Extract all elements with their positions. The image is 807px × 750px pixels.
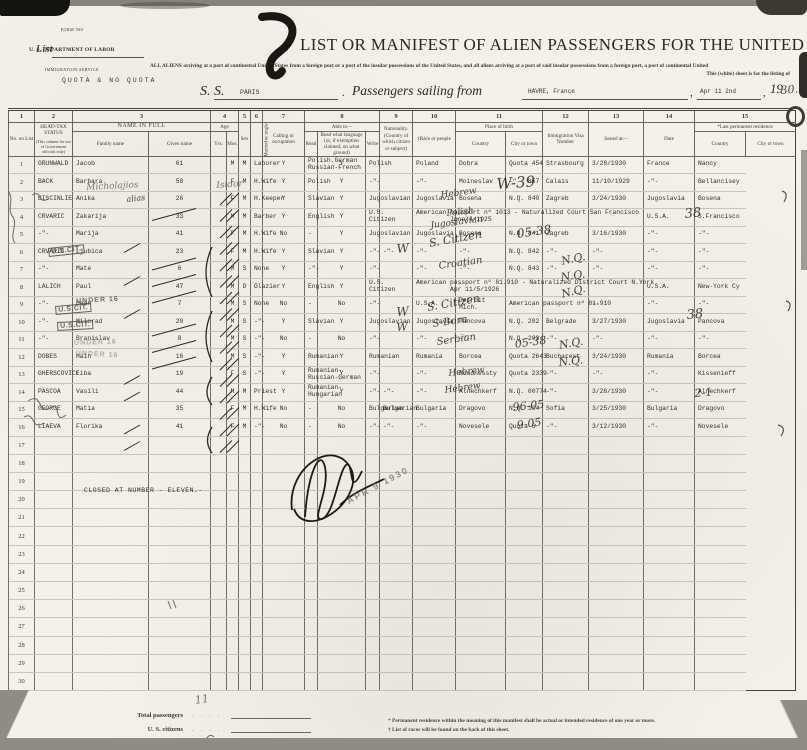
cell-date — [589, 436, 644, 454]
cell-no: 3 — [9, 191, 35, 209]
cell-rco: -"- — [644, 419, 695, 437]
col-date: Date — [644, 123, 695, 157]
cell-race — [380, 563, 413, 581]
cell-bco: -"- — [413, 384, 456, 402]
cell-sex — [227, 436, 239, 454]
cell-occ — [251, 600, 263, 618]
cell-mar — [239, 618, 251, 636]
cell-giv — [73, 563, 149, 581]
cell-date — [589, 491, 644, 509]
cell-rd — [263, 436, 305, 454]
cell-occ — [251, 563, 263, 581]
cell-mos — [211, 279, 227, 297]
cell-visa: Quota 6 — [506, 419, 543, 437]
col-residence: *Last permanent residence — [695, 123, 796, 132]
cell-bco — [413, 509, 456, 527]
cell-rd — [263, 509, 305, 527]
cell-rco — [644, 491, 695, 509]
cell-nat — [366, 527, 380, 545]
cell-rd — [263, 654, 305, 672]
cell-date — [589, 454, 644, 472]
col-birth-city: City or town — [506, 131, 543, 156]
cell-mos — [211, 527, 227, 545]
cell-mar — [239, 454, 251, 472]
cell-bco: Jugoslavia — [413, 314, 456, 332]
cell-fam: LALICH — [35, 279, 73, 297]
cell-rci: -"- — [695, 244, 746, 262]
cell-mos — [211, 226, 227, 244]
cell-bci: -"- — [456, 331, 506, 349]
col-res-city: City or town — [746, 131, 796, 156]
cell-visa — [506, 563, 543, 581]
cell-rci: Novesele — [695, 419, 746, 437]
cell-date: 3/16/1930 — [589, 226, 644, 244]
cell-visa — [506, 672, 543, 690]
cell-nat — [366, 636, 380, 654]
cell-mar: S — [239, 331, 251, 349]
manifest-row: 4CRVARICZakarija33MMBarberYEnglishYU.S. … — [9, 209, 796, 227]
cell-lang — [305, 436, 318, 454]
cell-bci: Roudnessty — [456, 366, 506, 384]
cell-fam — [35, 545, 73, 563]
cell-sex — [227, 636, 239, 654]
cell-race — [380, 331, 413, 349]
cell-fam: GHERSCOVICE — [35, 366, 73, 384]
cell-sex: F — [227, 226, 239, 244]
cell-fam: CRVARIC — [35, 244, 73, 262]
cell-giv: Florika — [73, 419, 149, 437]
cell-rci: Pancova — [695, 314, 746, 332]
cell-iss: -"- — [543, 261, 589, 279]
manifest-row: 7-"-Mate6MSNoneY-"-Y-"--"--"-N.Q. 843-"-… — [9, 261, 796, 279]
cell-fam — [35, 672, 73, 690]
cell-date — [589, 672, 644, 690]
cell-no: 27 — [9, 618, 35, 636]
cell-bci: Novesele — [456, 419, 506, 437]
department-sub: IMMIGRATION SERVICE — [45, 67, 99, 72]
cell-rci — [695, 672, 746, 690]
cell-bco: American passport nº 81.910 - Naturalize… — [413, 279, 456, 297]
cell-lang — [305, 672, 318, 690]
cell-giv — [73, 472, 149, 490]
headtax-note: (This column for use of Government offic… — [35, 139, 72, 155]
col-num: 12 — [543, 110, 589, 123]
cell-wr: No — [318, 296, 366, 314]
cell-sex: M — [227, 261, 239, 279]
dot-leader: . . . . — [183, 742, 231, 747]
cell-mos — [211, 618, 227, 636]
cell-occ — [251, 527, 263, 545]
cell-giv: Jacob — [73, 156, 149, 174]
cell-no: 23 — [9, 545, 35, 563]
cell-visa: -"- 857 — [506, 174, 543, 192]
cell-iss: Zagreb — [543, 226, 589, 244]
col-num: 4 — [211, 110, 239, 123]
cell-sex: M — [227, 156, 239, 174]
cell-yrs — [149, 454, 211, 472]
cell-lang — [305, 636, 318, 654]
cell-fam — [35, 454, 73, 472]
cell-rci — [695, 654, 746, 672]
cell-bci — [456, 636, 506, 654]
cell-visa — [506, 279, 543, 297]
cell-bco: American passport nº 1013 - Naturalized … — [413, 209, 456, 227]
cell-wr: Y — [318, 261, 366, 279]
cell-fam — [35, 636, 73, 654]
cell-occ: H.Wife — [251, 244, 263, 262]
cell-yrs: 44 — [149, 384, 211, 402]
cell-mos — [211, 296, 227, 314]
footnotes: * Permanent residence within the meaning… — [388, 717, 798, 734]
cell-date — [589, 654, 644, 672]
cell-iss — [543, 527, 589, 545]
us-citizens-row: U. S. citizens . . . . — [88, 719, 348, 733]
cell-rd — [263, 582, 305, 600]
cell-nat: Jugoslavian — [366, 226, 380, 244]
manifest-row: 18 — [9, 454, 796, 472]
cell-fam — [35, 509, 73, 527]
cell-rci: New-York Cy — [695, 279, 746, 297]
cell-lang: - — [305, 296, 318, 314]
cell-wr: No — [318, 331, 366, 349]
cell-date — [589, 527, 644, 545]
cell-fam — [35, 582, 73, 600]
cell-rco: Rumania — [644, 349, 695, 367]
manifest-row: 2BACKBarbara58FMH.WifeYPolishY-"--"-Moin… — [9, 174, 796, 192]
cell-rco — [644, 436, 695, 454]
cell-occ: H.Keeper — [251, 191, 263, 209]
cell-rco — [644, 582, 695, 600]
cell-rci: Alnechkerf — [695, 384, 746, 402]
cell-bco: Poland — [413, 156, 456, 174]
cell-date: -"- — [589, 244, 644, 262]
cell-visa — [506, 527, 543, 545]
cell-rd: Y — [263, 366, 305, 384]
cell-rco — [644, 654, 695, 672]
cell-date — [589, 563, 644, 581]
cell-mos — [211, 600, 227, 618]
cell-visa: N.Q. 842 — [506, 244, 543, 262]
cell-fam: PASCOA — [35, 384, 73, 402]
manifest-row: 26 — [9, 600, 796, 618]
cell-nat — [366, 654, 380, 672]
cell-bci — [456, 509, 506, 527]
cell-date: 3/12/1930 — [589, 419, 644, 437]
cell-race — [380, 582, 413, 600]
cell-bco — [413, 545, 456, 563]
manifest-row: 29 — [9, 654, 796, 672]
cell-rco — [644, 618, 695, 636]
cell-bco: -"- — [413, 419, 456, 437]
cell-visa — [506, 509, 543, 527]
cell-bci — [456, 654, 506, 672]
cell-date: -"- — [589, 366, 644, 384]
cell-rci: Dragovo — [695, 401, 746, 419]
us-citizens-blank — [231, 722, 311, 733]
cell-rco: -"- — [644, 174, 695, 192]
cell-race — [380, 527, 413, 545]
manifest-row: 10-"-Milorad20MS-"-YSlavianYJugoslavianJ… — [9, 314, 796, 332]
col-num: 13 — [589, 110, 644, 123]
cell-rci: Nancy — [695, 156, 746, 174]
manifest-row: 15GEORGEMatia35FMH.WifeNo-NoBulgarianBul… — [9, 401, 796, 419]
cell-visa — [506, 209, 543, 227]
cell-iss: Belgrade — [543, 314, 589, 332]
cell-fam: -"- — [35, 296, 73, 314]
cell-date: 11/10/1929 — [589, 174, 644, 192]
cell-sex — [227, 527, 239, 545]
cell-giv — [73, 618, 149, 636]
cell-fam: -"- — [35, 331, 73, 349]
cell-iss: Zagreb — [543, 191, 589, 209]
cell-lang: Slavian — [305, 314, 318, 332]
cell-nat: U.S. Citizen — [366, 209, 380, 227]
cell-sex: F — [227, 401, 239, 419]
cell-visa — [506, 454, 543, 472]
total-passengers-blank — [231, 708, 311, 719]
cell-giv: Dean — [73, 296, 149, 314]
cell-visa — [506, 654, 543, 672]
cell-lang: Slavian — [305, 244, 318, 262]
cell-wr — [318, 582, 366, 600]
cell-race: -"- — [380, 419, 413, 437]
cell-wr — [318, 600, 366, 618]
cell-rci — [695, 527, 746, 545]
cell-rci — [695, 600, 746, 618]
cell-no: 26 — [9, 600, 35, 618]
cell-bco: -"- — [413, 331, 456, 349]
cell-nat: -"- — [366, 261, 380, 279]
cell-race — [380, 672, 413, 690]
page-title: LIST OR MANIFEST OF ALIEN PASSENGERS FOR… — [300, 35, 790, 55]
cell-visa — [506, 436, 543, 454]
cell-mar: S — [239, 261, 251, 279]
cell-date — [589, 636, 644, 654]
comma: , — [690, 87, 693, 99]
manifest-row: 17 — [9, 436, 796, 454]
col-sex: Sex — [239, 123, 251, 157]
cell-occ: Priest — [251, 384, 263, 402]
cell-yrs: 16 — [149, 349, 211, 367]
cell-mar — [239, 582, 251, 600]
cell-nat: -"- — [366, 331, 380, 349]
cell-rco: France — [644, 156, 695, 174]
cell-nat — [366, 454, 380, 472]
cell-sex — [227, 545, 239, 563]
cell-giv — [73, 509, 149, 527]
cell-bco: Bulgaria — [413, 401, 456, 419]
cell-mar — [239, 654, 251, 672]
cell-sex: M — [227, 314, 239, 332]
col-nationality: Nationality. (Country of which citizen o… — [380, 123, 413, 157]
cell-nat — [366, 600, 380, 618]
cell-race — [380, 366, 413, 384]
manifest-rows: 1GRUNWALDJacob61MMLaborerYPolish.German … — [9, 156, 796, 691]
cell-wr — [318, 527, 366, 545]
cell-no: 8 — [9, 279, 35, 297]
cell-sex: M — [227, 384, 239, 402]
cell-iss — [543, 472, 589, 490]
cell-lang — [305, 454, 318, 472]
cell-iss: -"- — [543, 244, 589, 262]
cell-wr — [318, 509, 366, 527]
cell-mos — [211, 563, 227, 581]
cell-occ — [251, 672, 263, 690]
cell-bco — [413, 563, 456, 581]
cell-rco — [644, 454, 695, 472]
cell-rd — [263, 636, 305, 654]
cell-rci: -"- — [695, 296, 746, 314]
cell-rco — [644, 527, 695, 545]
cell-nat — [366, 618, 380, 636]
cell-giv — [73, 600, 149, 618]
cell-date — [589, 582, 644, 600]
cell-wr — [318, 491, 366, 509]
cell-rd — [263, 491, 305, 509]
col-read: Read — [305, 131, 318, 156]
cell-giv: Milorad — [73, 314, 149, 332]
cell-mos — [211, 672, 227, 690]
cell-iss: Strasbourg — [543, 156, 589, 174]
cell-mar: M — [239, 244, 251, 262]
cell-visa: N.Q. 104 — [506, 401, 543, 419]
cell-sex — [227, 454, 239, 472]
cell-rci — [695, 472, 746, 490]
cell-rci: Bosena — [695, 191, 746, 209]
cell-date: 3/24/1930 — [589, 349, 644, 367]
cell-bci: Detroit Mich. — [456, 296, 506, 314]
cell-race — [380, 618, 413, 636]
cell-rco — [644, 636, 695, 654]
cell-bci: Alnechkerf — [456, 384, 506, 402]
cell-giv — [73, 491, 149, 509]
cell-iss: -"- — [543, 384, 589, 402]
cell-mos — [211, 366, 227, 384]
cell-yrs: 47 — [149, 279, 211, 297]
cell-iss — [543, 654, 589, 672]
aliens-blank — [231, 736, 311, 747]
cell-nat — [366, 491, 380, 509]
cell-occ: H.Wife — [251, 226, 263, 244]
cell-visa: N.Q. 202 — [506, 314, 543, 332]
cell-occ: -"- — [251, 419, 263, 437]
cell-giv: Marija — [73, 226, 149, 244]
total-passengers-row: Total passengers . . . . — [88, 705, 348, 719]
list-blank-line — [52, 57, 144, 58]
cell-occ: Glazier — [251, 279, 263, 297]
cell-race: Bulgarian — [380, 401, 413, 419]
col-mos: Mos. — [227, 131, 239, 156]
cell-iss — [543, 509, 589, 527]
cell-occ — [251, 636, 263, 654]
cell-fam: -"- — [35, 226, 73, 244]
cell-sex: F — [227, 174, 239, 192]
manifest-row: 9-"-Dean7MSNoneNo-No-"-U.S.A.Detroit Mic… — [9, 296, 796, 314]
cell-yrs: 26 — [149, 191, 211, 209]
cell-date — [589, 509, 644, 527]
col-num: 2 — [35, 110, 73, 123]
year-printed: 19 — [770, 81, 783, 97]
cell-iss — [543, 491, 589, 509]
cell-yrs — [149, 472, 211, 490]
cell-iss: Bucharest — [543, 349, 589, 367]
cell-rd — [263, 600, 305, 618]
cell-mar — [239, 509, 251, 527]
col-yrs: Yrs. — [211, 131, 227, 156]
cell-occ — [251, 618, 263, 636]
cell-bco — [413, 527, 456, 545]
cell-rci — [695, 618, 746, 636]
cell-nat: Jugoslavian — [366, 314, 380, 332]
manifest-row: 14PASCOAVasili44MMPriestYRumanian- Hunga… — [9, 384, 796, 402]
cell-sex: M — [227, 331, 239, 349]
cell-yrs — [149, 527, 211, 545]
cell-mos — [211, 419, 227, 437]
cell-fam — [35, 618, 73, 636]
cell-iss — [543, 545, 589, 563]
col-num: 8 — [305, 110, 380, 123]
cell-sex: M — [227, 279, 239, 297]
cell-bco — [413, 600, 456, 618]
cell-mos — [211, 191, 227, 209]
cell-bco — [413, 436, 456, 454]
cell-occ — [251, 654, 263, 672]
cell-lang: - — [305, 401, 318, 419]
cell-yrs — [149, 436, 211, 454]
cell-no: 21 — [9, 509, 35, 527]
cell-bco: Jugoslavia — [413, 226, 456, 244]
cell-rci: Borcea — [695, 349, 746, 367]
cell-visa: Quota 2643 — [506, 349, 543, 367]
cell-bco: -"- — [413, 244, 456, 262]
cell-giv — [73, 672, 149, 690]
cell-bci: Dragovo — [456, 401, 506, 419]
column-number-row: 1 2 3 4 5 6 7 8 9 10 11 12 13 14 15 — [9, 110, 796, 123]
cell-mar — [239, 472, 251, 490]
cell-sex: M — [227, 296, 239, 314]
col-birth: Place of birth — [456, 123, 543, 132]
cell-date: 3/24/1930 — [589, 191, 644, 209]
cell-bci: Borcea — [456, 349, 506, 367]
cell-visa — [506, 600, 543, 618]
cell-sex — [227, 491, 239, 509]
manifest-row: 19 — [9, 472, 796, 490]
cell-giv: Matia — [73, 401, 149, 419]
cell-nat — [366, 545, 380, 563]
cell-wr — [318, 472, 366, 490]
col-able-to: Able to— — [305, 123, 380, 132]
cell-visa — [506, 582, 543, 600]
cell-bci: Moineslav — [456, 174, 506, 192]
manifest-row: 25 — [9, 582, 796, 600]
cell-mar: M — [239, 384, 251, 402]
cell-mos — [211, 636, 227, 654]
cell-no: 5 — [9, 226, 35, 244]
cell-bci: Bosena — [456, 226, 506, 244]
cell-no: 12 — [9, 349, 35, 367]
cell-occ — [251, 472, 263, 490]
cell-no: 6 — [9, 244, 35, 262]
cell-rd: Y — [263, 349, 305, 367]
cell-mar: M — [239, 191, 251, 209]
manifest-row: 8LALICHPaul47MDGlazierYEnglishYU.S. Citi… — [9, 279, 796, 297]
cell-no: 15 — [9, 401, 35, 419]
cell-date — [589, 600, 644, 618]
cell-race — [380, 545, 413, 563]
cell-bci — [456, 600, 506, 618]
cell-iss — [543, 454, 589, 472]
cell-lang — [305, 582, 318, 600]
